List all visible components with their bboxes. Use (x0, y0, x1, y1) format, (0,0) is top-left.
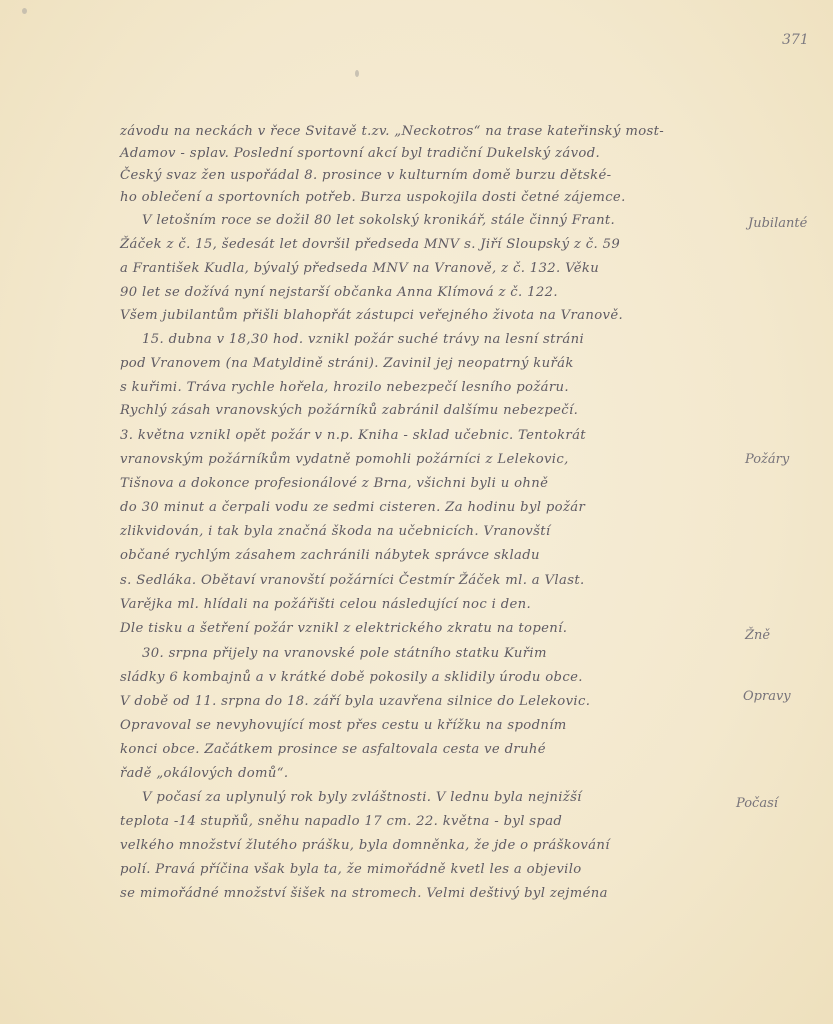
page-number: 371 (782, 32, 809, 48)
text-line: konci obce. Začátkem prosince se asfalto… (120, 742, 546, 757)
text-line: zlikvidován, i tak byla značná škoda na … (120, 524, 550, 539)
text-line: V době od 11. srpna do 18. září byla uza… (120, 694, 590, 709)
text-line: 15. dubna v 18,30 hod. vznikl požár such… (142, 332, 584, 347)
text-line: teplota -14 stupňů, sněhu napadlo 17 cm.… (120, 814, 562, 829)
margin-note-weather: Počasí (736, 796, 778, 811)
paper-spot (22, 8, 27, 14)
text-line: Český svaz žen uspořádal 8. prosince v k… (120, 168, 611, 183)
margin-note-harvest: Žně (745, 628, 770, 643)
text-line: vranovským požárníkům vydatně pomohli po… (120, 452, 569, 467)
text-line: 90 let se dožívá nyní nejstarší občanka … (120, 285, 558, 300)
text-line: ho oblečení a sportovních potřeb. Burza … (120, 190, 626, 205)
text-line: občané rychlým zásahem zachránili nábyte… (120, 548, 540, 563)
chronicle-page: 371 závodu na neckách v řece Svitavě t.z… (0, 0, 833, 1024)
text-line: Dle tisku a šetření požár vznikl z elekt… (120, 621, 567, 636)
text-line: Varějka ml. hlídali na požářišti celou n… (120, 597, 531, 612)
text-line: Tišnova a dokonce profesionálové z Brna,… (120, 476, 548, 491)
margin-note-repairs: Opravy (743, 689, 791, 704)
text-line: V počasí za uplynulý rok byly zvláštnost… (142, 790, 582, 805)
text-line: řadě „okálových domů“. (120, 766, 288, 781)
text-line: polí. Pravá příčina však byla ta, že mim… (120, 862, 582, 877)
text-line: Opravoval se nevyhovující most přes cest… (120, 718, 567, 733)
text-line: V letošním roce se dožil 80 let sokolský… (142, 213, 615, 228)
text-line: 3. května vznikl opět požár v n.p. Kniha… (120, 428, 586, 443)
paper-spot (355, 70, 359, 77)
text-line: a František Kudla, bývalý předseda MNV n… (120, 261, 599, 276)
text-line: Žáček z č. 15, šedesát let dovršil předs… (120, 237, 620, 252)
text-line: Všem jubilantům přišli blahopřát zástupc… (120, 308, 623, 323)
text-line: Rychlý zásah vranovských požárníků zabrá… (120, 403, 578, 418)
text-line: Adamov - splav. Poslední sportovní akcí … (120, 146, 600, 161)
text-line: s. Sedláka. Obětaví vranovští požárníci … (120, 573, 585, 588)
text-line: pod Vranovem (na Matyldině stráni). Zavi… (120, 356, 574, 371)
margin-note-jubilants: Jubilanté (748, 216, 807, 231)
text-line: 30. srpna přijely na vranovské pole stát… (142, 646, 547, 661)
text-line: velkého množství žlutého prášku, byla do… (120, 838, 610, 853)
text-line: sládky 6 kombajnů a v krátké době pokosi… (120, 670, 583, 685)
margin-note-fires: Požáry (745, 452, 789, 467)
text-line: závodu na neckách v řece Svitavě t.zv. „… (120, 124, 720, 139)
text-line: s kuřimi. Tráva rychle hořela, hrozilo n… (120, 380, 569, 395)
text-line: do 30 minut a čerpali vodu ze sedmi cist… (120, 500, 585, 515)
text-line: se mimořádné množství šišek na stromech.… (120, 886, 608, 901)
